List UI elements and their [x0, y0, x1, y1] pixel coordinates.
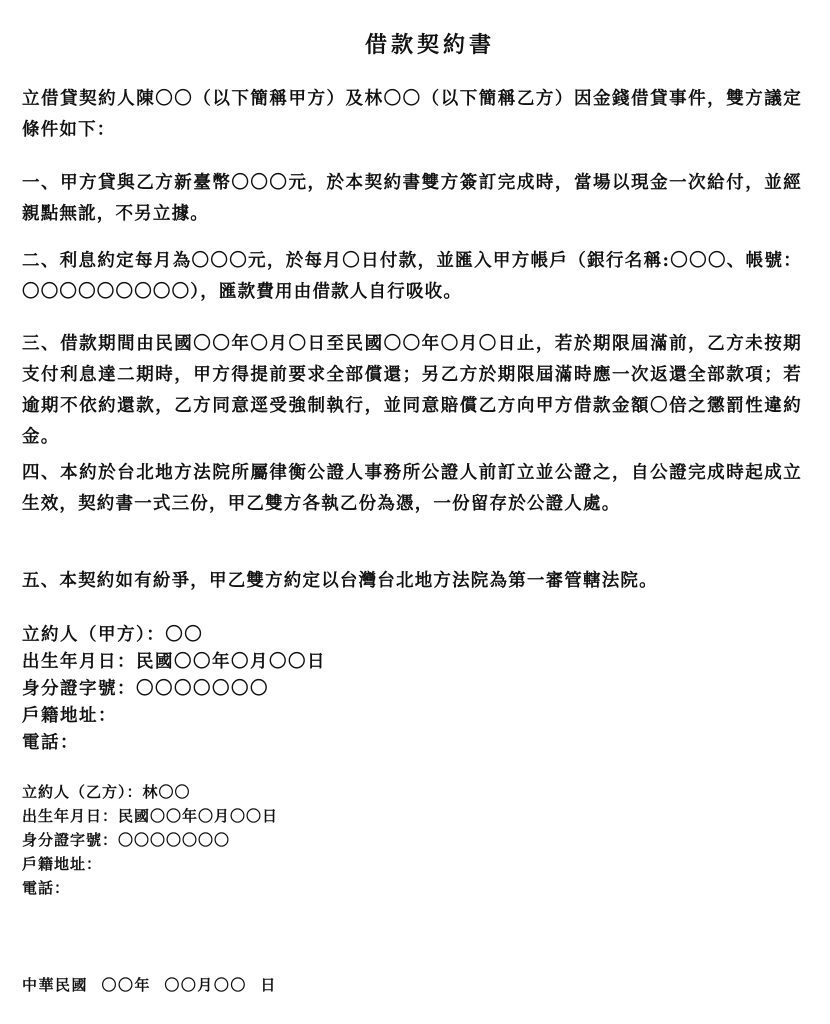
clause-5: 五、本契約如有紛爭，甲乙雙方約定以台灣台北地方法院為第一審管轄法院。 — [22, 566, 802, 597]
clause-2: 二、利息約定每月為〇〇〇元，於每月〇日付款，並匯入甲方帳戶（銀行名稱:〇〇〇、帳… — [22, 246, 802, 308]
party-b-address: 戶籍地址： — [22, 852, 278, 876]
document-title: 借款契約書 — [0, 28, 830, 59]
party-a-id-number: 身分證字號：〇〇〇〇〇〇〇 — [22, 676, 326, 703]
party-b-id-number: 身分證字號：〇〇〇〇〇〇〇 — [22, 828, 278, 852]
party-b-phone: 電話： — [22, 876, 278, 900]
party-b-name: 立約人（乙方）：林〇〇 — [22, 780, 278, 804]
preamble: 立借貸契約人陳〇〇（以下簡稱甲方）及林〇〇（以下簡稱乙方）因金錢借貸事件，雙方議… — [22, 84, 802, 146]
party-a-birth-date: 出生年月日：民國〇〇年〇月〇〇日 — [22, 649, 326, 676]
clause-3: 三、借款期間由民國〇〇年〇月〇日至民國〇〇年〇月〇日止，若於期限屆滿前，乙方未按… — [22, 329, 802, 453]
party-b-birth-date: 出生年月日：民國〇〇年〇月〇〇日 — [22, 804, 278, 828]
party-a-name: 立約人（甲方）：〇〇 — [22, 622, 326, 649]
contract-date: 中華民國 〇〇年 〇〇月〇〇 日 — [22, 974, 277, 995]
clause-1: 一、甲方貸與乙方新臺幣〇〇〇元，於本契約書雙方簽訂完成時，當場以現金一次給付，並… — [22, 168, 802, 230]
party-a-phone: 電話： — [22, 730, 326, 757]
party-a-address: 戶籍地址： — [22, 703, 326, 730]
party-b-signature-block: 立約人（乙方）：林〇〇 出生年月日：民國〇〇年〇月〇〇日 身分證字號：〇〇〇〇〇… — [22, 780, 278, 900]
clause-4: 四、本約於台北地方法院所屬律衡公證人事務所公證人前訂立並公證之，自公證完成時起成… — [22, 458, 802, 520]
party-a-signature-block: 立約人（甲方）：〇〇 出生年月日：民國〇〇年〇月〇〇日 身分證字號：〇〇〇〇〇〇… — [22, 622, 326, 757]
